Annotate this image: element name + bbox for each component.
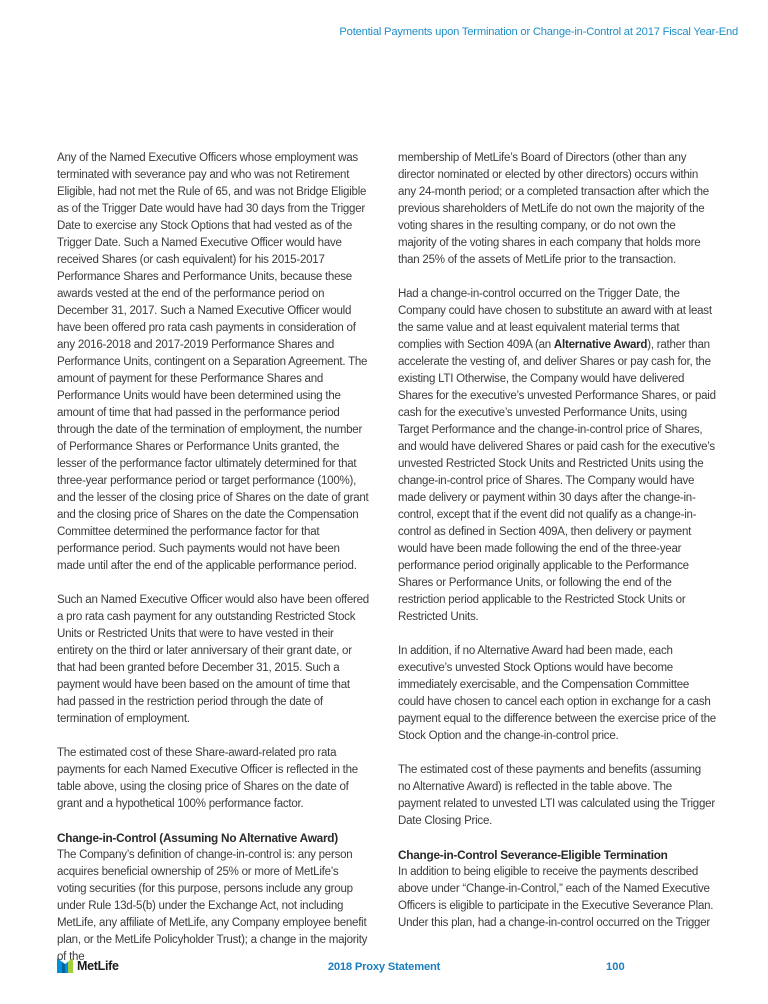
right-column: membership of MetLife’s Board of Directo… bbox=[398, 150, 716, 932]
left-column: Any of the Named Executive Officers whos… bbox=[57, 150, 370, 966]
page-footer: MetLife 2018 Proxy Statement 100 bbox=[0, 958, 768, 980]
paragraph-severance-options: Any of the Named Executive Officers whos… bbox=[57, 150, 370, 575]
alternative-award-term: Alternative Award bbox=[554, 339, 647, 351]
paragraph-severance-eligible: In addition to being eligible to receive… bbox=[398, 864, 716, 932]
paragraph-stock-options: In addition, if no Alternative Award had… bbox=[398, 643, 716, 745]
section-heading-severance-eligible: Change-in-Control Severance-Eligible Ter… bbox=[398, 847, 716, 864]
paragraph-change-in-control-definition: The Company’s definition of change-in-co… bbox=[57, 847, 370, 966]
paragraph-alternative-award: Had a change-in-control occurred on the … bbox=[398, 286, 716, 626]
paragraph-definition-continued: membership of MetLife’s Board of Directo… bbox=[398, 150, 716, 269]
alt-award-text-after: ), rather than accelerate the vesting of… bbox=[398, 339, 716, 623]
document-title: 2018 Proxy Statement bbox=[0, 961, 768, 973]
paragraph-estimated-cost-cic: The estimated cost of these payments and… bbox=[398, 762, 716, 830]
section-heading-change-in-control: Change-in-Control (Assuming No Alternati… bbox=[57, 830, 370, 847]
page-number: 100 bbox=[606, 961, 625, 973]
paragraph-estimated-cost: The estimated cost of these Share-award-… bbox=[57, 745, 370, 813]
running-header-title: Potential Payments upon Termination or C… bbox=[339, 26, 738, 38]
paragraph-restricted-units: Such an Named Executive Officer would al… bbox=[57, 592, 370, 728]
